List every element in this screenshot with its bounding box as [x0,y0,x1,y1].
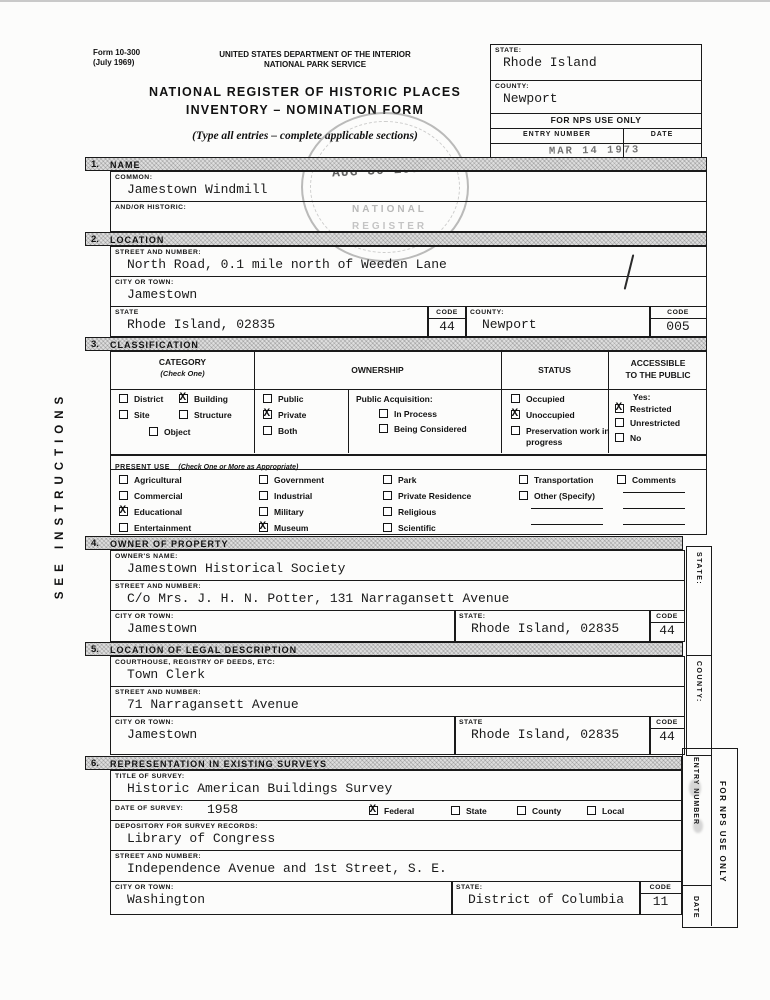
checkbox-agricultural: Agricultural [119,475,182,486]
checkbox-site: Site [119,410,150,421]
checkbox-icon [615,418,624,427]
sidebar-state-label: STATE: [695,552,702,585]
checkbox-icon [119,475,128,484]
checkbox-industrial: Industrial [259,491,312,502]
checkbox-icon [615,404,624,413]
field-depository: DEPOSITORY FOR SURVEY RECORDS: Library o… [110,820,682,851]
checkbox-occupied: Occupied [511,394,565,405]
scan-edge-artifact [0,0,770,2]
nps-use-box: STATE: Rhode Island COUNTY: Newport FOR … [490,44,702,158]
checkbox-icon [615,433,624,442]
checkbox-icon [511,394,520,403]
checkbox-icon [259,523,268,532]
field-state: STATE Rhode Island, 02835 [110,306,429,337]
checkbox-icon [119,491,128,500]
divider [348,389,349,453]
section-bar-surveys: 6. REPRESENTATION IN EXISTING SURVEYS [85,756,682,770]
category-header: CATEGORY [111,357,254,367]
section-bar-location: 2. LOCATION [85,232,707,246]
checkbox-county-survey: County [517,806,561,817]
field-survey-city: CITY OR TOWN: Washington [110,881,453,915]
checkbox-icon [383,475,392,484]
checkbox-park: Park [383,475,416,486]
checkbox-local-survey: Local [587,806,624,817]
classification-table: CATEGORY (Check One) OWNERSHIP STATUS AC… [110,351,707,455]
checkbox-commercial: Commercial [119,491,183,502]
checkbox-icon [119,394,128,403]
field-street: STREET AND NUMBER: North Road, 0.1 mile … [110,246,707,277]
checkbox-educational: Educational [119,507,182,518]
present-use-header: PRESENT USE (Check One or More as Approp… [110,455,707,470]
category-subheader: (Check One) [111,369,254,378]
checkbox-no: No [615,433,641,444]
divider [491,128,701,129]
sidebar-state-county: STATE: COUNTY: [686,546,712,756]
stamp-smudge [689,779,701,797]
checkbox-icon [383,507,392,516]
checkbox-icon [119,507,128,516]
field-owner-state: STATE: Rhode Island, 02835 [454,610,651,642]
field-legal-code: CODE 44 [649,716,685,755]
field-common-name: COMMON: Jamestown Windmill [110,171,707,202]
checkbox-icon [511,426,520,435]
field-legal-street: STREET AND NUMBER: 71 Narragansett Avenu… [110,686,685,717]
checkbox-federal: Federal [369,806,414,817]
checkbox-museum: Museum [259,523,308,534]
checkbox-structure: Structure [179,410,232,421]
field-legal-state: STATE Rhode Island, 02835 [454,716,651,755]
checkbox-other: Other (Specify) [519,491,595,502]
checkbox-icon [179,410,188,419]
checkbox-icon [263,410,272,419]
checkbox-comments: Comments [617,475,676,486]
checkbox-icon [259,507,268,516]
checkbox-building: Building [179,394,228,405]
checkbox-object: Object [149,427,190,438]
checkbox-transportation: Transportation [519,475,594,486]
divider [111,389,706,390]
field-owner-street: STREET AND NUMBER: C/o Mrs. J. H. N. Pot… [110,580,685,611]
checkbox-private-residence: Private Residence [383,491,471,502]
checkbox-scientific: Scientific [383,523,436,534]
checkbox-entertainment: Entertainment [119,523,191,534]
stamp-smudge [693,819,703,833]
field-survey-date: DATE OF SURVEY: 1958 Federal State Count… [110,800,682,821]
checkbox-district: District [119,394,163,405]
field-survey-code: CODE 11 [639,881,682,915]
sidebar-nps-use: ENTRY NUMBER DATE FOR NPS USE ONLY [682,748,738,928]
field-state-code: CODE 44 [427,306,467,337]
field-legal-city: CITY OR TOWN: Jamestown [110,716,456,755]
sidebar-date-label: DATE [692,896,699,919]
department-heading: UNITED STATES DEPARTMENT OF THE INTERIOR… [150,50,480,70]
checkbox-icon [383,491,392,500]
divider [491,113,701,114]
checkbox-military: Military [259,507,304,518]
checkbox-public: Public [263,394,304,405]
entry-number-header: ENTRY NUMBER [491,131,623,138]
form-number: Form 10-300 (July 1969) [93,48,140,68]
nps-county-field: COUNTY: Newport [491,81,701,106]
section-bar-name: 1. NAME [85,157,707,171]
field-survey-title: TITLE OF SURVEY: Historic American Build… [110,770,682,801]
field-owner-city: CITY OR TOWN: Jamestown [110,610,456,642]
field-owner-code: CODE 44 [649,610,685,642]
date-header: DATE [623,131,701,138]
checkbox-private: Private [263,410,306,421]
public-acquisition-label: Public Acquisition: [356,394,433,404]
section-bar-classification: 3. CLASSIFICATION [85,337,707,351]
checkbox-icon [119,410,128,419]
checkbox-government: Government [259,475,324,486]
blank-line [623,508,685,509]
field-county-code: CODE 005 [649,306,707,337]
field-historic-name: AND/OR HISTORIC: [110,201,707,232]
checkbox-icon [379,424,388,433]
present-use-body: Agricultural Commercial Educational Ente… [110,469,707,535]
checkbox-in-process: In Process [379,409,437,420]
checkbox-unoccupied: Unoccupied [511,410,575,421]
blank-line [623,524,685,525]
checkbox-icon [149,427,158,436]
checkbox-religious: Religious [383,507,436,518]
checkbox-icon [383,523,392,532]
checkbox-icon [517,806,526,815]
field-county: COUNTY: Newport [465,306,651,337]
section-bar-legal: 5. LOCATION OF LEGAL DESCRIPTION [85,642,683,656]
divider [711,749,712,926]
page-title: NATIONAL REGISTER OF HISTORIC PLACES INV… [95,83,515,119]
accessible-header: ACCESSIBLE [608,358,708,368]
nps-state-field: STATE: Rhode Island [491,45,701,70]
checkbox-icon [519,475,528,484]
checkbox-icon [259,491,268,500]
checkbox-icon [451,806,460,815]
date-received-stamp: MAR 14 1973 [549,144,641,158]
divider [491,143,701,144]
yes-label: Yes: [633,392,651,402]
status-header: STATUS [501,365,608,375]
field-courthouse: COURTHOUSE, REGISTRY OF DEEDS, ETC: Town… [110,656,685,687]
checkbox-icon [587,806,596,815]
scanned-nomination-form: Form 10-300 (July 1969) UNITED STATES DE… [0,0,770,1000]
blank-line [531,524,603,525]
checkbox-both: Both [263,426,297,437]
ownership-header: OWNERSHIP [254,365,501,375]
sidebar-nps-only-label: FOR NPS USE ONLY [718,781,727,883]
checkbox-preservation-work: Preservation work in progress [511,426,610,447]
checkbox-icon [259,475,268,484]
sidebar-county-label: COUNTY: [695,661,702,703]
section-bar-owner: 4. OWNER OF PROPERTY [85,536,683,550]
checkbox-being-considered: Being Considered [379,424,467,435]
divider [687,655,711,656]
checkbox-icon [379,409,388,418]
divider [683,885,711,886]
checkbox-icon [511,410,520,419]
checkbox-icon [263,394,272,403]
field-survey-state: STATE: District of Columbia [451,881,641,915]
blank-line [531,508,603,509]
field-city: CITY OR TOWN: Jamestown [110,276,707,307]
checkbox-icon [519,491,528,500]
nps-use-only-label: FOR NPS USE ONLY [491,115,701,125]
checkbox-icon [617,475,626,484]
field-survey-street: STREET AND NUMBER: Independence Avenue a… [110,850,682,882]
checkbox-state-survey: State [451,806,487,817]
see-instructions-note: SEE INSTRUCTIONS [54,352,66,638]
checkbox-restricted: Restricted [615,404,672,415]
checkbox-icon [369,806,378,815]
blank-line [623,492,685,493]
checkbox-icon [179,394,188,403]
checkbox-icon [119,523,128,532]
checkbox-icon [263,426,272,435]
accessible-subheader: TO THE PUBLIC [608,370,708,380]
field-owner-name: OWNER'S NAME: Jamestown Historical Socie… [110,550,685,581]
checkbox-unrestricted: Unrestricted [615,418,680,429]
